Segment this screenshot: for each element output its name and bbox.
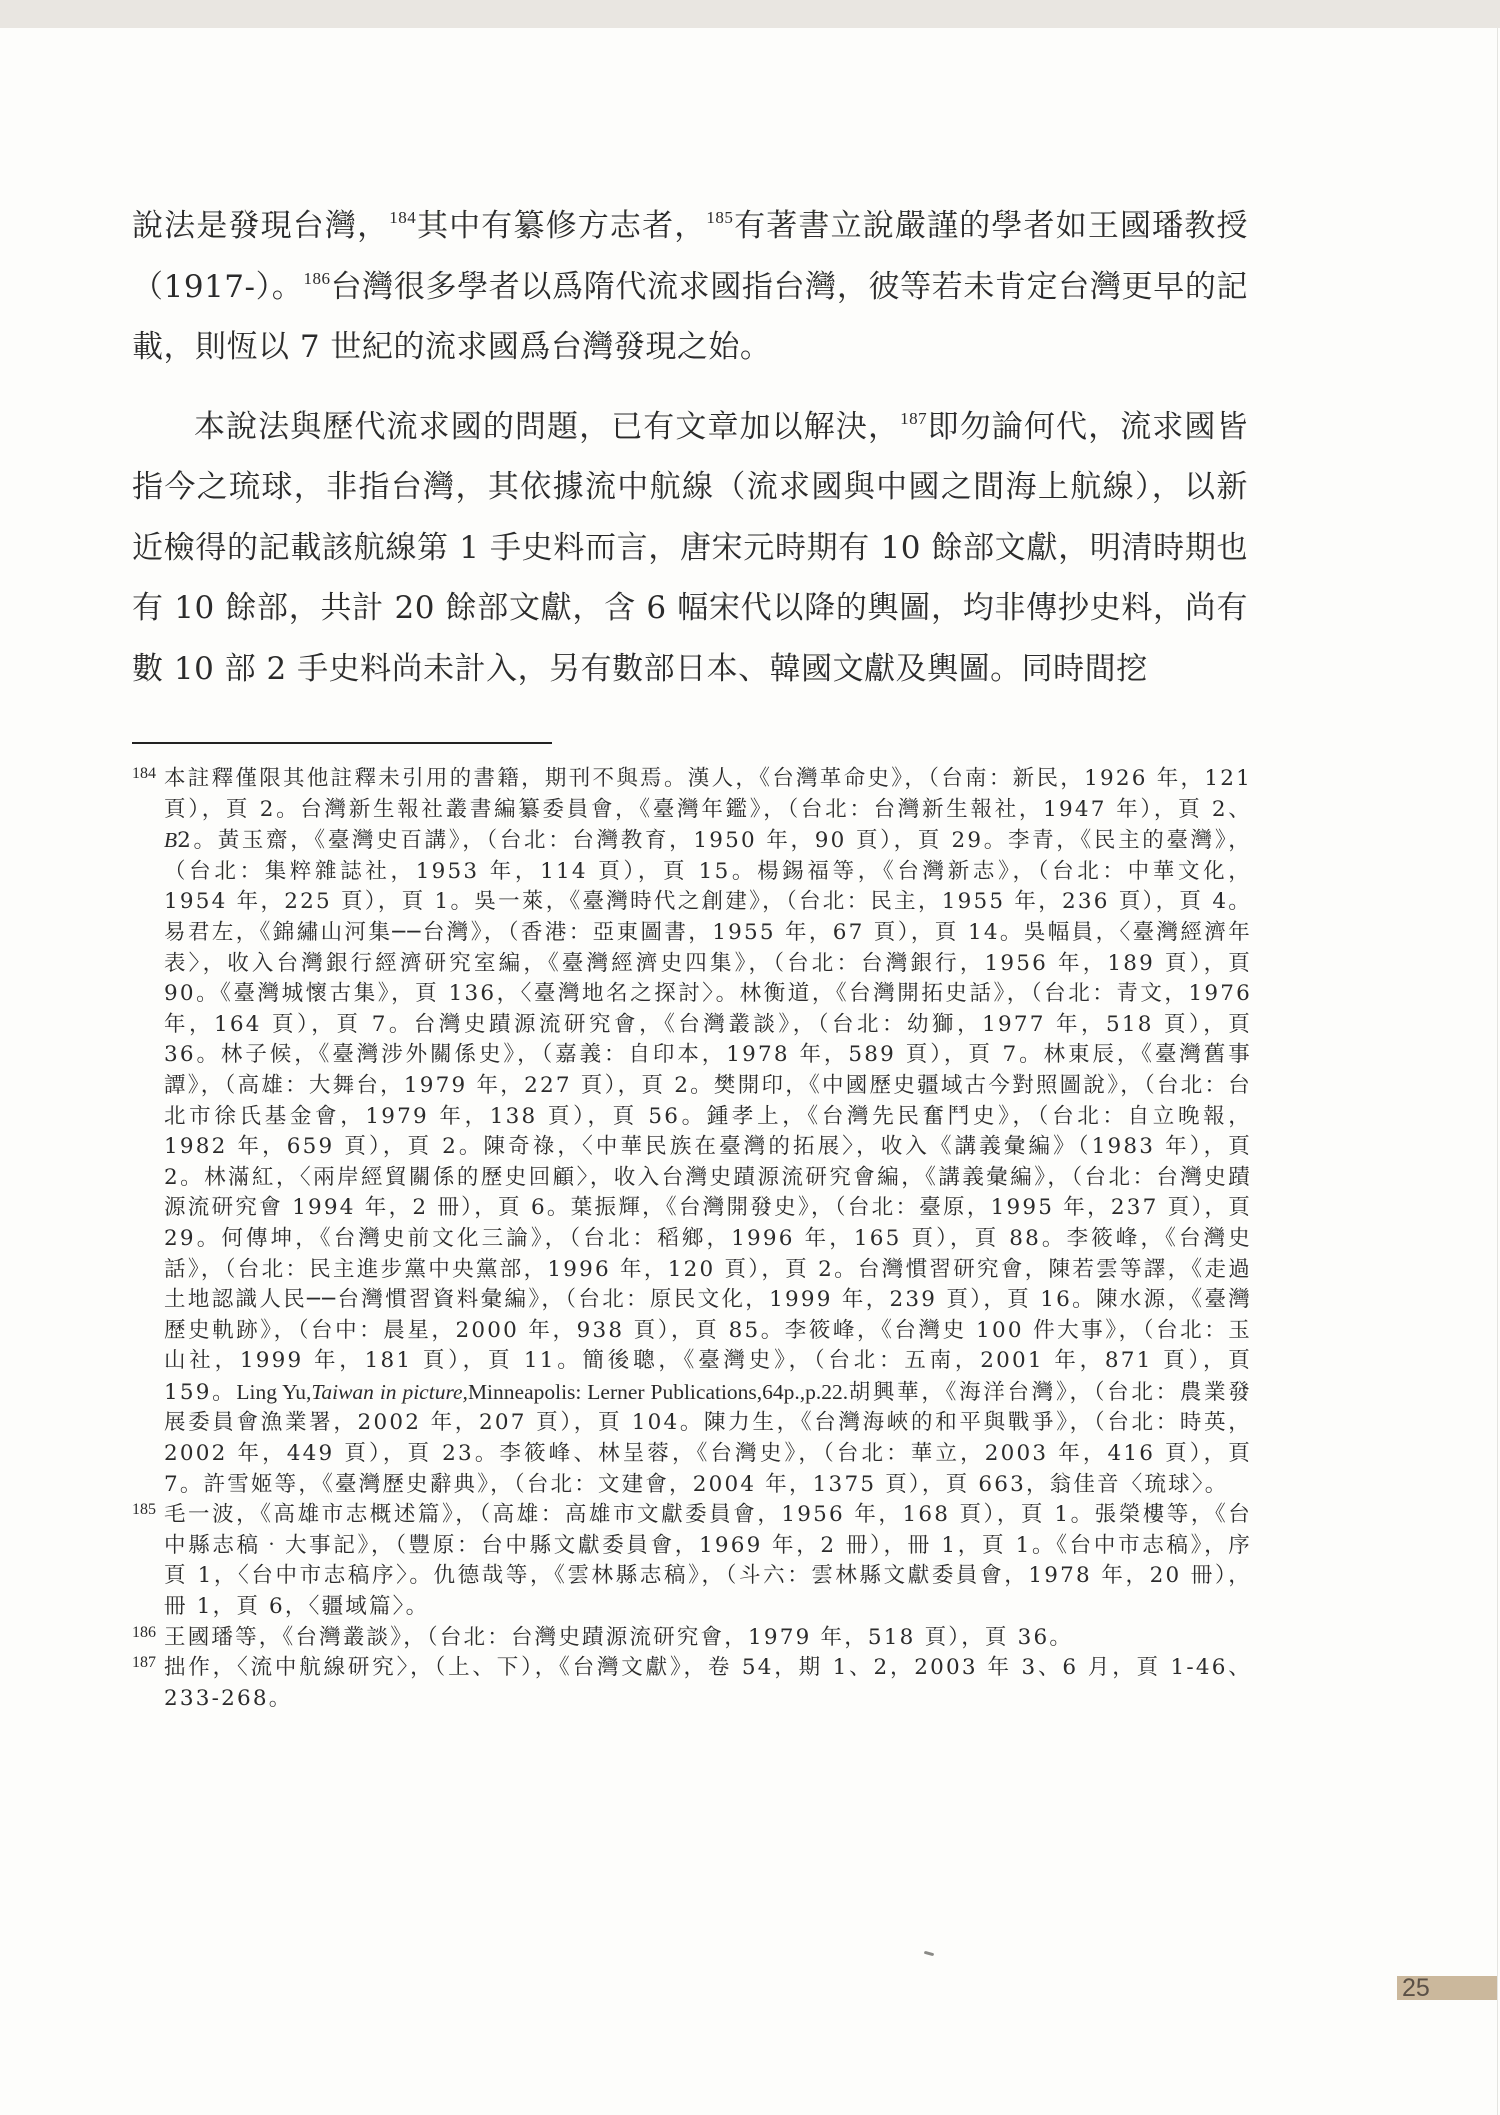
- paragraph: 說法是發現台灣，184其中有纂修方志者，185有著書立說嚴謹的學者如王國璠教授（…: [132, 196, 1248, 378]
- footnote-reference-187[interactable]: 187: [900, 409, 927, 428]
- footnote-text: 王國璠等，《台灣叢談》，（台北：台灣史蹟源流研究會，1979 年，518 頁），…: [164, 1625, 1073, 1650]
- page-number-tab: 25: [1397, 1976, 1497, 2000]
- footnote-186: 186王國璠等，《台灣叢談》，（台北：台灣史蹟源流研究會，1979 年，518 …: [132, 1623, 1252, 1654]
- footnote-text: 本註釋僅限其他註釋未引用的書籍，期刊不與焉。漢人，《台灣革命史》，（台南：新民，…: [164, 766, 1252, 822]
- footnote-number: 184: [132, 759, 156, 790]
- footnote-187: 187拙作，〈流中航線研究〉，（上、下），《台灣文獻》，卷 54，期 1、2，2…: [132, 1653, 1252, 1714]
- body-text-run: 本說法與歷代流求國的問題，已有文章加以解決，: [194, 409, 900, 445]
- main-body-text: 說法是發現台灣，184其中有纂修方志者，185有著書立說嚴謹的學者如王國璠教授（…: [132, 196, 1248, 699]
- footnote-reference-185[interactable]: 185: [706, 208, 733, 227]
- footnote-184: 184本註釋僅限其他註釋未引用的書籍，期刊不與焉。漢人，《台灣革命史》，（台南：…: [132, 764, 1252, 1500]
- footnote-text-latin: Ling Yu,: [236, 1380, 311, 1404]
- footnote-number: 186: [132, 1618, 156, 1649]
- footnotes-section: 184本註釋僅限其他註釋未引用的書籍，期刊不與焉。漢人，《台灣革命史》，（台南：…: [132, 764, 1252, 1714]
- scan-speck: [924, 1951, 934, 1956]
- footnote-reference-186[interactable]: 186: [303, 269, 330, 288]
- footnote-text: 毛一波，《高雄市志概述篇》，（高雄：高雄市文獻委員會，1956 年，168 頁）…: [164, 1502, 1252, 1619]
- page-number: 25: [1402, 1974, 1430, 2003]
- body-text-run: 其中有纂修方志者，: [416, 208, 706, 244]
- footnote-reference-184[interactable]: 184: [389, 208, 416, 227]
- footnote-text: 拙作，〈流中航線研究〉，（上、下），《台灣文獻》，卷 54，期 1、2，2003…: [164, 1655, 1252, 1711]
- body-text-run: 即勿論何代，流求國皆指今之琉球，非指台灣，其依據流中航線（流求國與中國之間海上航…: [132, 409, 1248, 687]
- book-title-italic: Taiwan in picture,: [311, 1380, 468, 1404]
- page-edge: [1497, 28, 1498, 2115]
- footnote-number: 187: [132, 1648, 156, 1679]
- scan-top-strip: [0, 0, 1500, 28]
- footnote-text: 2。黃玉齋，《臺灣史百講》，（台北：台灣教育，1950 年，90 頁），頁 29…: [164, 828, 1252, 1405]
- footnote-separator: [132, 742, 552, 744]
- paragraph: 本說法與歷代流求國的問題，已有文章加以解決，187即勿論何代，流求國皆指今之琉球…: [132, 397, 1248, 700]
- footnote-185: 185毛一波，《高雄市志概述篇》，（高雄：高雄市文獻委員會，1956 年，168…: [132, 1500, 1252, 1622]
- body-text-run: 說法是發現台灣，: [132, 208, 389, 244]
- footnote-number: 185: [132, 1495, 156, 1526]
- footnote-text-italic: B: [164, 828, 177, 852]
- footnote-text-latin: Minneapolis: Lerner Publications,64p.,p.…: [468, 1380, 848, 1404]
